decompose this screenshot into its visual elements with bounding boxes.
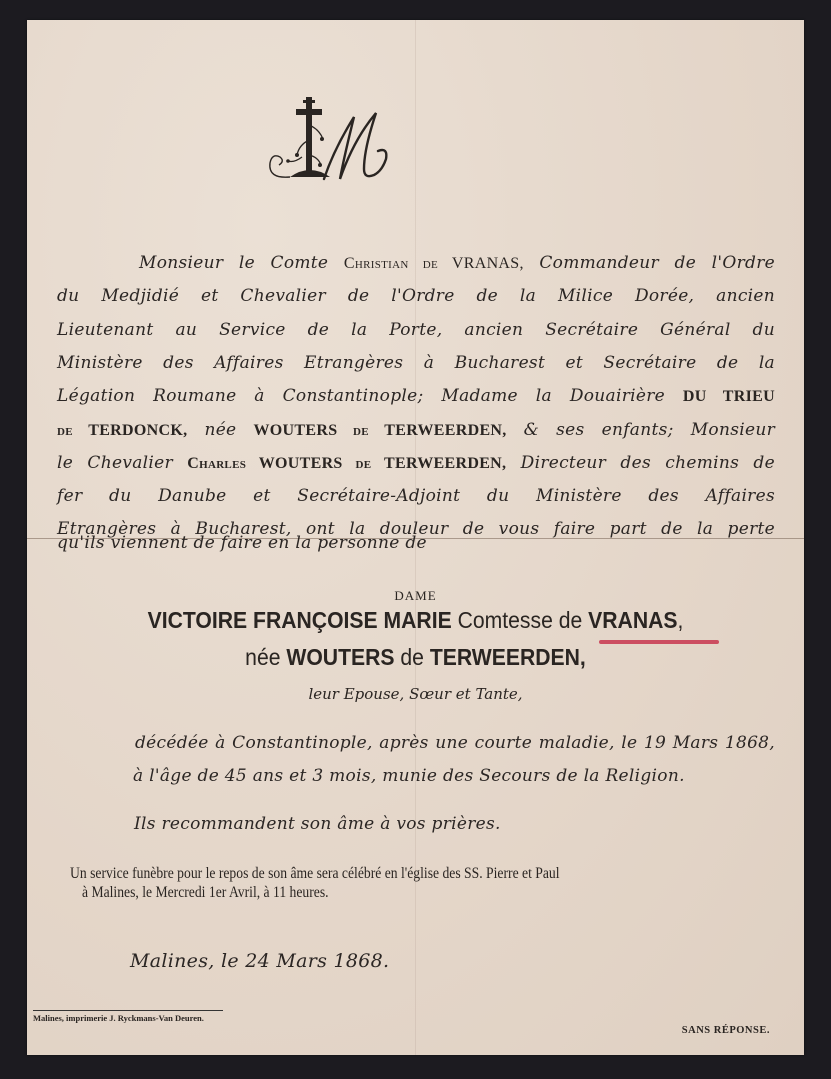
- printer-imprint: Malines, imprimerie J. Ryckmans-Van Deur…: [33, 1013, 204, 1023]
- relation: leur Epouse, Sœur et Tante,: [27, 685, 804, 703]
- paragraph-line-3: Lieutenant au Service de la Porte, ancie…: [57, 320, 775, 340]
- text: Directeur des chemins de: [521, 453, 775, 473]
- name-christian-de-vranas: Christian de VRANAS,: [344, 255, 524, 272]
- text: & ses enfants; Monsieur: [524, 420, 775, 440]
- nee: née: [245, 644, 280, 670]
- paragraph-line-4: Ministère des Affaires Etrangères à Buch…: [57, 353, 775, 373]
- name-charles-wouters: Charles WOUTERS de TERWEERDEN,: [187, 455, 506, 472]
- deceased-name: VICTOIRE FRANÇOISE MARIE Comtesse de VRA…: [58, 607, 773, 634]
- text: Monsieur le Comte: [139, 253, 328, 273]
- paragraph-line-8: fer du Danube et Secrétaire-Adjoint du M…: [57, 486, 775, 506]
- text: née: [204, 420, 236, 440]
- name-du-trieu: DU TRIEU: [683, 388, 775, 405]
- deceased-maiden-name: née WOUTERS de TERWEERDEN,: [58, 644, 773, 671]
- place-date: Malines, le 24 Mars 1868.: [130, 950, 389, 972]
- service-line-1: Un service funèbre pour le repos de son …: [70, 865, 560, 883]
- maiden-name-1: WOUTERS: [286, 644, 394, 670]
- given-names: VICTOIRE FRANÇOISE MARIE: [148, 607, 452, 633]
- comma: ,: [677, 607, 683, 633]
- rank: Comtesse de: [458, 607, 583, 633]
- name-wouters-de-terweerden: WOUTERS de TERWEERDEN,: [254, 422, 507, 439]
- text: le Chevalier: [57, 453, 173, 473]
- paragraph-line-5: Légation Roumane à Constantinople; Madam…: [57, 386, 775, 406]
- paragraph-line-7: le Chevalier Charles WOUTERS de TERWEERD…: [57, 453, 775, 473]
- maiden-name-2: TERWEERDEN,: [430, 644, 586, 670]
- cross-with-vine-icon: [262, 95, 412, 215]
- deceased-title: DAME: [27, 588, 804, 604]
- surname: VRANAS: [588, 607, 677, 633]
- mourning-card: Monsieur le Comte Christian de VRANAS, C…: [27, 20, 804, 1055]
- death-line-1: décédée à Constantinople, après une cour…: [135, 733, 775, 753]
- name-de-terdonck: de TERDONCK,: [57, 422, 187, 439]
- text: Commandeur de l'Ordre: [539, 253, 775, 273]
- paragraph-line-10: qu'ils viennent de faire en la personne …: [57, 533, 427, 553]
- paragraph-line-6: de TERDONCK, née WOUTERS de TERWEERDEN, …: [57, 420, 775, 440]
- paragraph-line-1: Monsieur le Comte Christian de VRANAS, C…: [139, 253, 775, 273]
- particle: de: [400, 644, 424, 670]
- text: Légation Roumane à Constantinople; Madam…: [57, 386, 665, 406]
- service-line-2: à Malines, le Mercredi 1er Avril, à 11 h…: [82, 884, 329, 902]
- printer-rule: [33, 1010, 223, 1011]
- prayer-line: Ils recommandent son âme à vos prières.: [134, 814, 501, 834]
- no-reply-note: SANS RÉPONSE.: [682, 1025, 770, 1036]
- paragraph-line-2: du Medjidié et Chevalier de l'Ordre de l…: [57, 286, 775, 306]
- death-line-2: à l'âge de 45 ans et 3 mois, munie des S…: [133, 766, 685, 786]
